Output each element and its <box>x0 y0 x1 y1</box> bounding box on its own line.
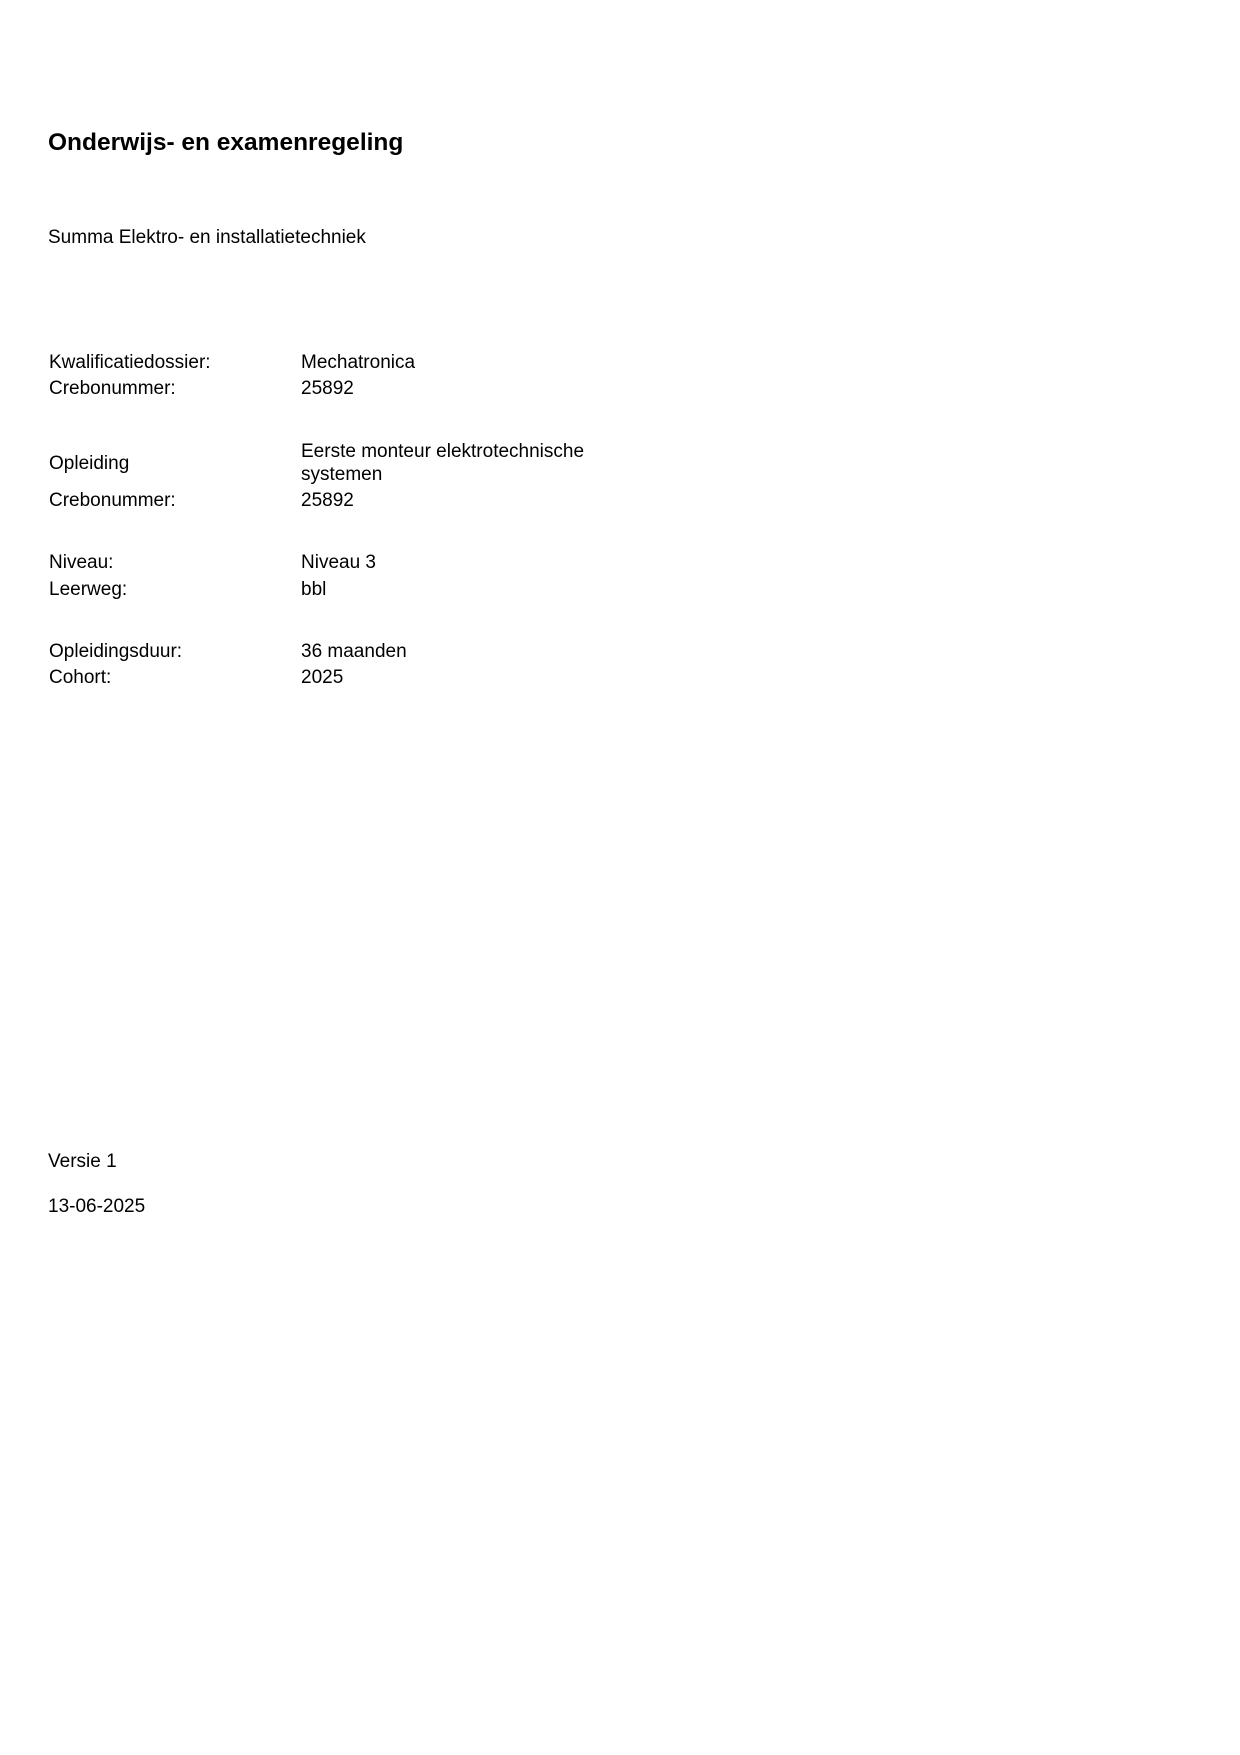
field-value: Eerste monteur elektrotechnische systeme… <box>301 440 621 486</box>
document-subtitle: Summa Elektro- en installatietechniek <box>48 228 366 247</box>
document-title: Onderwijs- en examenregeling <box>48 131 403 156</box>
field-label: Cohort: <box>49 666 111 689</box>
field-value: 25892 <box>301 489 621 512</box>
field-value: 36 maanden <box>301 640 621 663</box>
field-value: Mechatronica <box>301 351 621 374</box>
field-value: Niveau 3 <box>301 551 621 574</box>
field-label: Niveau: <box>49 551 113 574</box>
document-date: 13-06-2025 <box>48 1197 145 1216</box>
field-label: Crebonummer: <box>49 489 176 512</box>
field-label: Opleidingsduur: <box>49 640 182 663</box>
field-value: 2025 <box>301 666 621 689</box>
field-label: Opleiding <box>49 452 129 475</box>
document-page: Onderwijs- en examenregeling Summa Elekt… <box>0 0 1240 1755</box>
field-label: Leerweg: <box>49 578 127 601</box>
field-label: Kwalificatiedossier: <box>49 351 211 374</box>
document-version: Versie 1 <box>48 1152 117 1171</box>
field-label: Crebonummer: <box>49 377 176 400</box>
field-value: bbl <box>301 578 621 601</box>
field-value: 25892 <box>301 377 621 400</box>
